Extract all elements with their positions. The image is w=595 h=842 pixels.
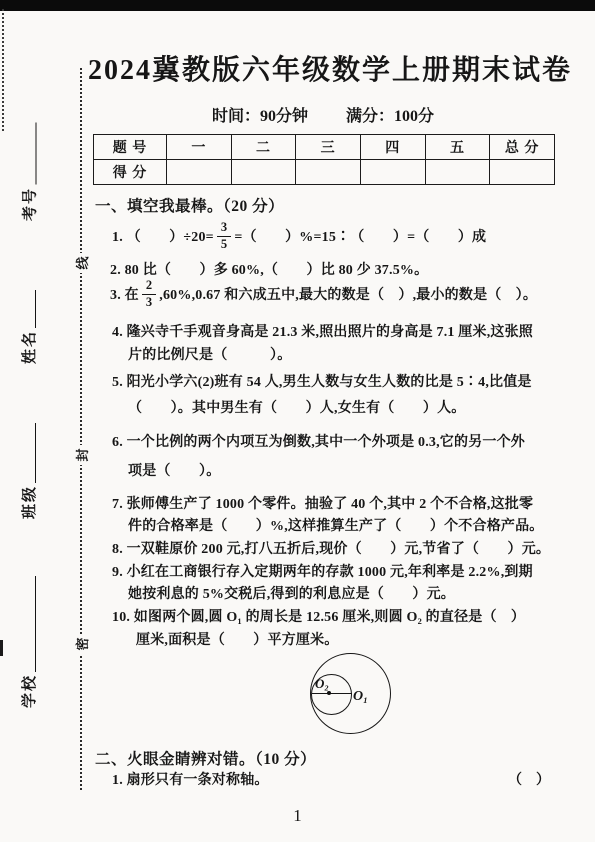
field-school-blank — [20, 576, 36, 672]
exam-paper-page: 线 封 密 考号 姓名 班级 学校 2024冀教版六年级数学上册期末试卷 时间：… — [0, 0, 595, 842]
field-exam-number-label: 考号 — [18, 187, 39, 221]
question-5-line1: 5. 阳光小学六(2)班有 54 人,男生人数与女生人数的比是 5∶4,比值是 — [112, 371, 532, 391]
time-label: 时间：90分钟 — [212, 108, 308, 125]
fraction-numerator: 2 — [142, 279, 156, 294]
question-9-line1: 9. 小红在工商银行存入定期两年的存款 1000 元,年利率是 2.2%,到期 — [112, 561, 533, 581]
fraction-two-thirds: 2 3 — [142, 279, 156, 308]
full-score-label: 满分：100分 — [346, 108, 434, 125]
question-3-text-post: ,60%,0.67 和六成五中,最大的数是（ ）,最小的数是（ ）。 — [159, 284, 537, 304]
score-table-header: 二 — [231, 135, 296, 160]
question-7-line1: 7. 张师傅生产了 1000 个零件。抽验了 40 个,其中 2 个不合格,这批… — [112, 493, 533, 513]
seal-dashed-line — [80, 68, 82, 790]
score-cell-empty — [360, 160, 425, 185]
field-exam-number: 考号 — [18, 120, 40, 225]
page-number: 1 — [0, 806, 595, 826]
section2-question-1-answer-bracket: （ ） — [508, 769, 550, 789]
score-table-header: 五 — [425, 135, 490, 160]
score-cell-empty — [425, 160, 490, 185]
question-4-line1: 4. 隆兴寺千手观音身高是 21.3 米,照出照片的身高是 7.1 厘米,这张照 — [112, 321, 533, 341]
fraction-numerator: 3 — [217, 221, 231, 236]
question-4-line2: 片的比例尺是（ ）。 — [128, 344, 291, 364]
seal-char-xian: 线 — [71, 253, 91, 273]
paper-title: 2024冀教版六年级数学上册期末试卷 — [88, 48, 558, 88]
paper-meta: 时间：90分钟 满分：100分 — [88, 103, 558, 126]
label-o1: O₁ — [353, 689, 368, 705]
radius-line — [312, 693, 352, 694]
question-8: 8. 一双鞋原价 200 元,打八五折后,现价（ ）元,节省了（ ）元。 — [112, 538, 550, 558]
score-table-header: 四 — [360, 135, 425, 160]
field-name-blank — [20, 290, 36, 328]
score-table-header: 三 — [296, 135, 361, 160]
score-cell-empty — [231, 160, 296, 185]
fraction-denominator: 5 — [217, 237, 231, 251]
score-table-score-row: 得 分 — [94, 160, 555, 185]
question-9-line2: 她按利息的 5%交税后,得到的利息应是（ ）元。 — [128, 583, 455, 603]
score-cell-empty — [296, 160, 361, 185]
score-table-header: 总 分 — [490, 135, 555, 160]
score-table-header: 一 — [167, 135, 232, 160]
field-school-label: 学校 — [18, 674, 39, 708]
question-3-text-pre: 3. 在 — [110, 284, 139, 304]
question-6-line2: 项是（ ）。 — [128, 460, 220, 480]
section2-heading: 二、火眼金睛辨对错。（10 分） — [95, 747, 316, 769]
field-name-label: 姓名 — [18, 330, 39, 364]
question-1-text-pre: 1. （ ）÷20= — [112, 226, 214, 246]
scan-edge-top — [0, 0, 595, 11]
score-cell-empty — [490, 160, 555, 185]
score-cell-empty — [167, 160, 232, 185]
question-10-line2: 厘米,面积是（ ）平方厘米。 — [136, 629, 339, 649]
field-school: 学校 — [17, 572, 39, 712]
question-1-text-post: =（ ）%=15∶（ ）=（ ）成 — [234, 226, 486, 246]
field-exam-number-blank — [21, 123, 37, 185]
question-10-line1: 10. 如图两个圆,圆 O₁ 的周长是 12.56 厘米,则圆 O₂ 的直径是（… — [112, 606, 525, 626]
field-class: 班级 — [17, 419, 39, 523]
label-o2: O₂ — [315, 676, 329, 692]
scan-edge-left-mark — [0, 640, 3, 656]
score-table-header: 题 号 — [94, 135, 167, 160]
field-class-blank — [20, 423, 36, 483]
score-table: 题 号 一 二 三 四 五 总 分 得 分 — [93, 134, 555, 185]
scan-edge-left-dots — [2, 9, 4, 131]
fraction-three-fifths: 3 5 — [217, 221, 231, 250]
seal-char-mi: 密 — [71, 634, 91, 654]
question-1: 1. （ ）÷20= 3 5 =（ ）%=15∶（ ）=（ ）成 — [112, 218, 486, 254]
fraction-denominator: 3 — [142, 295, 156, 309]
score-table-header-row: 题 号 一 二 三 四 五 总 分 — [94, 135, 555, 160]
question-5-line2: （ ）。其中男生有（ ）人,女生有（ ）人。 — [128, 397, 466, 417]
field-name: 姓名 — [17, 288, 39, 366]
question-7-line2: 件的合格率是（ ）%,这样推算生产了（ ）个不合格产品。 — [128, 515, 544, 535]
section2-question-1: 1. 扇形只有一条对称轴。 — [112, 769, 269, 789]
question-6-line1: 6. 一个比例的两个内项互为倒数,其中一个外项是 0.3,它的另一个外 — [112, 431, 525, 451]
question-3: 3. 在 2 3 ,60%,0.67 和六成五中,最大的数是（ ）,最小的数是（… — [110, 276, 537, 312]
field-class-label: 班级 — [18, 485, 39, 519]
score-row-label: 得 分 — [94, 160, 167, 185]
seal-char-feng: 封 — [71, 445, 91, 465]
section1-heading: 一、填空我最棒。（20 分） — [95, 194, 284, 216]
